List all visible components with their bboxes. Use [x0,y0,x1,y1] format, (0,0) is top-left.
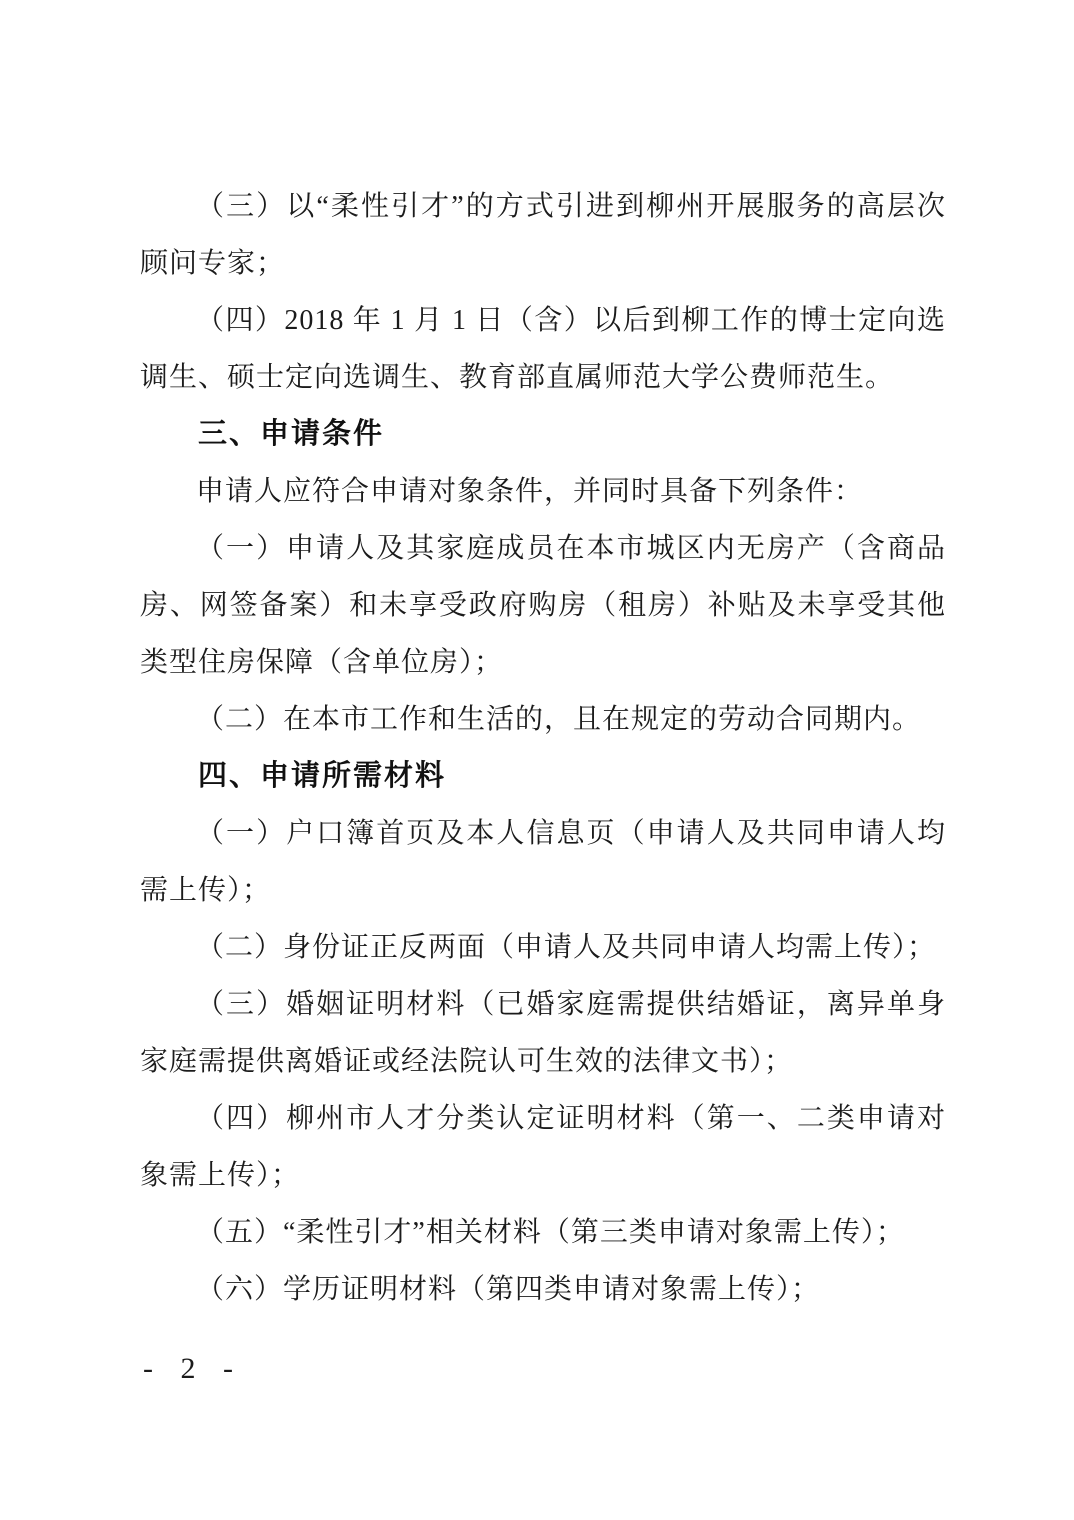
paragraph-conditions-intro: 申请人应符合申请对象条件，并同时具备下列条件： [140,463,946,520]
page-number: - 2 - [143,1352,243,1386]
paragraph-condition-2: （二）在本市工作和生活的，且在规定的劳动合同期内。 [140,691,946,748]
paragraph-condition-1: （一）申请人及其家庭成员在本市城区内无房产（含商品房、网签备案）和未享受政府购房… [140,520,946,691]
paragraph-applicant-type-4: （四）2018 年 1 月 1 日（含）以后到柳工作的博士定向选调生、硕士定向选… [140,292,946,406]
paragraph-applicant-type-3: （三）以“柔性引才”的方式引进到柳州开展服务的高层次顾问专家； [140,178,946,292]
paragraph-material-4: （四）柳州市人才分类认定证明材料（第一、二类申请对象需上传）； [140,1090,946,1204]
paragraph-material-1: （一）户口簿首页及本人信息页（申请人及共同申请人均需上传）； [140,805,946,919]
document-body: （三）以“柔性引才”的方式引进到柳州开展服务的高层次顾问专家； （四）2018 … [140,178,946,1318]
paragraph-material-5: （五）“柔性引才”相关材料（第三类申请对象需上传）； [140,1204,946,1261]
document-page: （三）以“柔性引才”的方式引进到柳州开展服务的高层次顾问专家； （四）2018 … [0,0,1074,1520]
section-heading-application-conditions: 三、申请条件 [140,406,946,463]
paragraph-material-2: （二）身份证正反两面（申请人及共同申请人均需上传）； [140,919,946,976]
paragraph-material-3: （三）婚姻证明材料（已婚家庭需提供结婚证，离异单身家庭需提供离婚证或经法院认可生… [140,976,946,1090]
section-heading-required-materials: 四、申请所需材料 [140,748,946,805]
paragraph-material-6: （六）学历证明材料（第四类申请对象需上传）； [140,1261,946,1318]
